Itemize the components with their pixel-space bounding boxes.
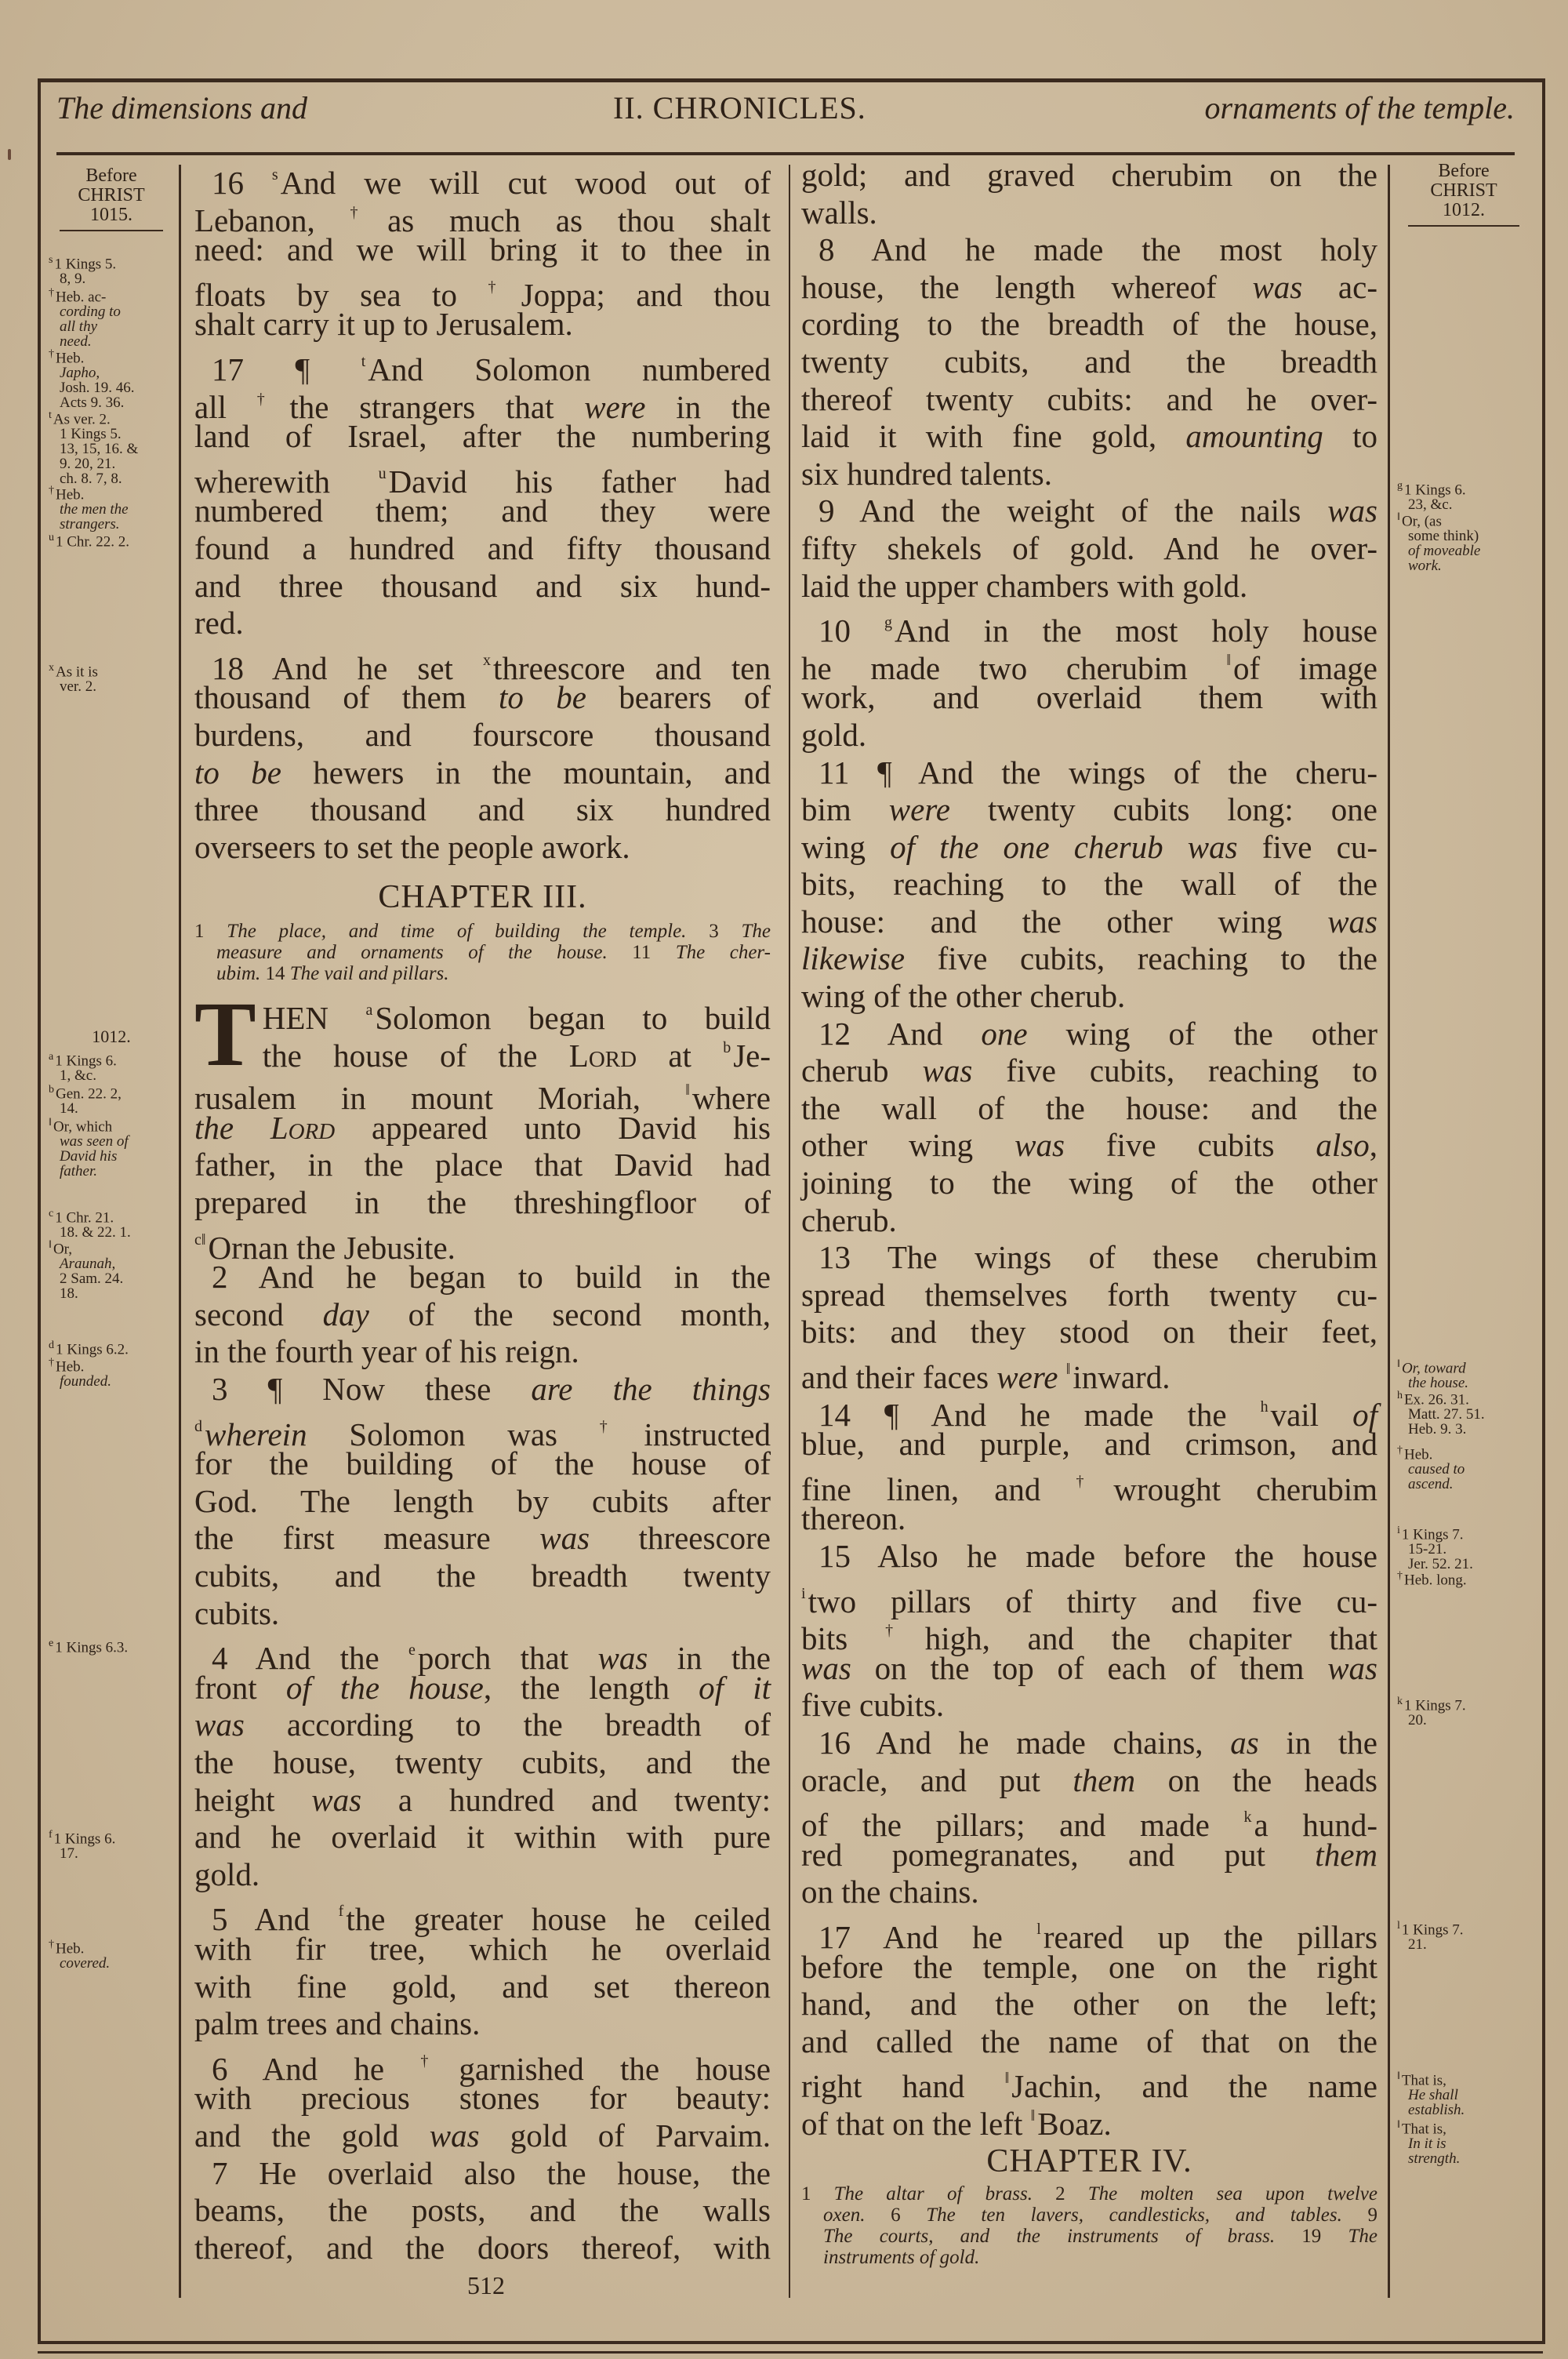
text-line: and called the name of that on the: [801, 2023, 1377, 2061]
text-line: bits: and they stood on their feet,: [801, 1314, 1377, 1351]
text-line: floats by sea to †Joppa; and thou: [194, 269, 771, 307]
text-line: with precious stones for beauty:: [194, 2080, 771, 2117]
text-line: was on the top of each of them was: [801, 1650, 1377, 1688]
reference-note: ‖Or, towardthe house.: [1397, 1357, 1530, 1390]
chapter-heading-4: CHAPTER IV.: [801, 2136, 1377, 2182]
text-line: twenty cubits, and the breadth: [801, 343, 1377, 381]
text-line: 4 And the eporch that was in the: [194, 1632, 771, 1670]
text-line: cubits.: [194, 1595, 771, 1633]
date-heading-right: Before CHRIST 1012.: [1397, 162, 1530, 227]
text-line: hand, and the other on the left;: [801, 1986, 1377, 2023]
text-line: itwo pillars of thirty and five cu-: [801, 1576, 1377, 1613]
text-column-left: And we will cut wood out of Lebanon, as …: [194, 157, 771, 2266]
text-line: rusalem in mount Moriah, ‖where: [194, 1072, 771, 1110]
text-line: 3 ¶ Now these are the things: [194, 1371, 771, 1408]
text-line: land of Israel, after the numbering: [194, 418, 771, 456]
text-line: other wing was five cubits also,: [801, 1127, 1377, 1165]
text-line: the house of the Lord at bJe-: [194, 1030, 771, 1067]
text-line: 18 And he set xthreescore and ten: [194, 642, 771, 680]
text-line: blue, and purple, and crimson, and: [801, 1426, 1377, 1463]
header-rule: [56, 152, 1515, 155]
date-label: CHRIST: [49, 186, 174, 205]
text-line: prepared in the threshingfloor of: [194, 1184, 771, 1222]
reference-note: l1 Kings 7.21.: [1397, 1918, 1530, 1952]
reference-note: c1 Chr. 21.18. & 22. 1.: [49, 1206, 174, 1240]
text-line: beams, the posts, and the walls: [194, 2192, 771, 2230]
text-line: 16 sAnd we will cut wood out of: [194, 157, 771, 194]
text-line: before the temple, one on the right: [801, 1949, 1377, 1986]
text-line: for the building of the house of: [194, 1445, 771, 1483]
text-line: thereof twenty cubits: and he over-: [801, 381, 1377, 419]
date-rule: [1408, 225, 1519, 227]
text-line: numbered them; and they were: [194, 493, 771, 530]
reference-note: †Heb.covered.: [49, 1937, 174, 1971]
reference-note: †Heb.founded.: [49, 1355, 174, 1389]
chapter-heading-3: CHAPTER III.: [194, 872, 771, 918]
text-line: red.: [194, 605, 771, 642]
text-line: found a hundred and fifty thousand: [194, 530, 771, 568]
right-margin-references: Before CHRIST 1012.: [1397, 162, 1530, 227]
text-line: with fir tree, which he overlaid: [194, 1931, 771, 1968]
text-line: 13 The wings of these cherubim: [801, 1239, 1377, 1277]
text-line: with fine gold, and set thereon: [194, 1968, 771, 2006]
text-line: HEN aSolomon began to build: [194, 992, 771, 1030]
text-line: cherub.: [801, 1202, 1377, 1240]
text-line: fine linen, and †wrought cherubim: [801, 1463, 1377, 1501]
text-line: and three thousand and six hund-: [194, 568, 771, 605]
text-line: on the chains.: [801, 1874, 1377, 1911]
reference-note: d1 Kings 6.2.: [49, 1338, 174, 1357]
text-line: joining to the wing of the other: [801, 1165, 1377, 1202]
text-line: fifty shekels of gold. And he over-: [801, 530, 1377, 568]
text-line: front of the house, the length of it: [194, 1670, 771, 1707]
text-line: wherewith uDavid his father had: [194, 456, 771, 493]
text-line: palm trees and chains.: [194, 2005, 771, 2043]
text-line: thousand of them to be bearers of: [194, 679, 771, 717]
text-line: the house, twenty cubits, and the: [194, 1744, 771, 1782]
date-label: Before: [1397, 162, 1530, 181]
date-heading-left: Before CHRIST 1015.: [49, 166, 174, 231]
text-line: 12 And one wing of the other: [801, 1016, 1377, 1053]
running-head-left: The dimensions and: [56, 89, 307, 126]
text-line: laid it with fine gold, amounting to: [801, 418, 1377, 456]
text-line: 14 ¶ And he made the hvail of: [801, 1389, 1377, 1427]
text-line: three thousand and six hundred: [194, 791, 771, 829]
reference-note: ‖That is,In it isstrength.: [1397, 2117, 1530, 2166]
text-line: of the pillars; and made ka hund-: [801, 1799, 1377, 1837]
text-line: 10 gAnd in the most holy house: [801, 605, 1377, 642]
text-line: thereof, and the doors thereof, with: [194, 2230, 771, 2267]
text-line: c‖Ornan the Jebusite.: [194, 1222, 771, 1259]
text-line: 2 And he began to build in the: [194, 1259, 771, 1296]
reference-note: †Heb. ac-cording toall thyneed.: [49, 285, 174, 349]
drop-cap: T: [194, 997, 256, 1072]
text-line: work, and overlaid them with: [801, 679, 1377, 717]
text-line: the Lord appeared unto David his: [194, 1110, 771, 1147]
running-head: The dimensions and II. CHRONICLES. ornam…: [56, 85, 1515, 132]
text-line: dwherein Solomon was †instructed: [194, 1408, 771, 1446]
text-line: the first measure was threescore: [194, 1520, 771, 1558]
reference-note: a1 Kings 6.1, &c.: [49, 1049, 174, 1083]
page-number: 512: [467, 2271, 505, 2300]
reference-note: u1 Chr. 22. 2.: [49, 530, 174, 549]
text-line: laid the upper chambers with gold.: [801, 568, 1377, 605]
text-line: oracle, and put them on the heads: [801, 1762, 1377, 1800]
reference-note: tAs ver. 2.1 Kings 5.13, 15, 16. &9. 20,…: [49, 408, 174, 486]
margin-blemish: [8, 149, 11, 160]
left-margin-references: Before CHRIST 1015.: [49, 166, 174, 231]
reference-note: ‖That is,He shallestablish.: [1397, 2069, 1530, 2117]
text-line: was according to the breadth of: [194, 1707, 771, 1744]
text-line: 5 And fthe greater house he ceiled: [194, 1893, 771, 1931]
text-line: 9 And the weight of the nails was: [801, 493, 1377, 530]
text-line: in the fourth year of his reign.: [194, 1333, 771, 1371]
reference-note: k1 Kings 7.20.: [1397, 1694, 1530, 1728]
date-year-marker: 1012.: [49, 1029, 174, 1044]
text-line: likewise five cubits, reaching to the: [801, 940, 1377, 978]
text-line: father, in the place that David had: [194, 1147, 771, 1184]
text-line: he made two cherubim ‖of image: [801, 642, 1377, 680]
column-rule-right: [1388, 165, 1390, 2298]
text-line: to be hewers in the mountain, and: [194, 754, 771, 792]
text-line: all †the strangers that were in the: [194, 381, 771, 419]
text-line: gold; and graved cherubim on the: [801, 157, 1377, 194]
text-line: overseers to set the people awork.: [194, 829, 771, 867]
text-line: 7 He overlaid also the house, the: [194, 2155, 771, 2193]
text-line: 17 ¶ tAnd Solomon numbered: [194, 343, 771, 381]
text-line: gold.: [194, 1856, 771, 1894]
text-line: five cubits.: [801, 1687, 1377, 1725]
text-line: cubits, and the breadth twenty: [194, 1558, 771, 1595]
text-line: God. The length by cubits after: [194, 1483, 771, 1521]
text-line: 16 And he made chains, as in the: [801, 1725, 1377, 1762]
text-line: bim were twenty cubits long: one: [801, 791, 1377, 829]
text-line: spread themselves forth twenty cu-: [801, 1277, 1377, 1314]
text-line: and he overlaid it within with pure: [194, 1819, 771, 1856]
date-year: 1012.: [1397, 201, 1530, 220]
text-line: 8 And he made the most holy: [801, 231, 1377, 269]
reference-note: e1 Kings 6.3.: [49, 1636, 174, 1655]
date-label: Before: [49, 166, 174, 186]
text-line: burdens, and fourscore thousand: [194, 717, 771, 754]
running-head-right: ornaments of the temple.: [1205, 89, 1515, 126]
reference-note: ‖Or,Araunah,2 Sam. 24.18.: [49, 1238, 174, 1301]
text-line: height was a hundred and twenty:: [194, 1782, 771, 1819]
text-line: bits, reaching to the wall of the: [801, 866, 1377, 903]
text-line: cherub was five cubits, reaching to: [801, 1052, 1377, 1090]
text-line: house, the length whereof was ac-: [801, 269, 1377, 307]
text-line: cording to the breadth of the house,: [801, 306, 1377, 343]
chapter-3-summary: 1 The place, and time of building the te…: [194, 921, 771, 984]
text-line: 15 Also he made before the house: [801, 1538, 1377, 1576]
text-column-right: gold; and graved cherubim on the walls. …: [801, 157, 1377, 2268]
reference-note: xAs it isver. 2.: [49, 660, 174, 694]
reference-note: ‖Or, whichwas seen ofDavid hisfather.: [49, 1115, 174, 1179]
reference-note: †Heb. long.: [1397, 1568, 1530, 1587]
reference-note: f1 Kings 6.17.: [49, 1827, 174, 1861]
column-rule-center: [789, 165, 790, 2298]
text-line: wing of the one cherub was five cu-: [801, 829, 1377, 867]
text-line: red pomegranates, and put them: [801, 1837, 1377, 1874]
text-line: wing of the other cherub.: [801, 978, 1377, 1016]
text-line: second day of the second month,: [194, 1296, 771, 1334]
reference-note: †Heb.Japho,Josh. 19. 46.Acts 9. 36.: [49, 347, 174, 410]
text-line: walls.: [801, 194, 1377, 232]
date-rule: [60, 230, 163, 231]
reference-note: bGen. 22. 2,14.: [49, 1082, 174, 1116]
text-line: and the gold was gold of Parvaim.: [194, 2117, 771, 2155]
text-line: right hand ‖Jachin, and the name: [801, 2060, 1377, 2098]
date-year: 1015.: [49, 205, 174, 225]
column-rule-left: [179, 165, 181, 2298]
reference-note: ‖Or, (assome think)of moveablework.: [1397, 510, 1530, 573]
chapter-4-summary: 1 The altar of brass. 2 The molten sea u…: [801, 2183, 1377, 2268]
bottom-rule: [38, 2351, 1543, 2354]
text-line: 6 And he †garnished the house: [194, 2043, 771, 2081]
reference-note: s1 Kings 5.8, 9.: [49, 253, 174, 286]
text-line: gold.: [801, 717, 1377, 754]
reference-note: †Heb.the men thestrangers.: [49, 483, 174, 532]
text-line: and their faces were ‖inward.: [801, 1351, 1377, 1389]
text-line: need: and we will bring it to thee in: [194, 231, 771, 269]
text-line: bits †high, and the chapiter that: [801, 1612, 1377, 1650]
reference-note: g1 Kings 6.23, &c.: [1397, 478, 1530, 512]
running-head-book-title: II. CHRONICLES.: [613, 89, 866, 126]
reference-note: i1 Kings 7.15-21.Jer. 52. 21.: [1397, 1523, 1530, 1572]
text-line: Lebanon, †as much as thou shalt: [194, 194, 771, 232]
reference-note: hEx. 26. 31.Matt. 27. 51.Heb. 9. 3.: [1397, 1388, 1530, 1437]
reference-note: †Heb.caused toascend.: [1397, 1443, 1530, 1492]
text-line: 11 ¶ And the wings of the cheru-: [801, 754, 1377, 792]
text-line: house: and the other wing was: [801, 903, 1377, 941]
date-label: CHRIST: [1397, 181, 1530, 201]
text-line: six hundred talents.: [801, 456, 1377, 493]
book-page: The dimensions and II. CHRONICLES. ornam…: [0, 0, 1568, 2359]
text-line: 17 And he lreared up the pillars: [801, 1911, 1377, 1949]
text-line: the wall of the house: and the: [801, 1090, 1377, 1128]
